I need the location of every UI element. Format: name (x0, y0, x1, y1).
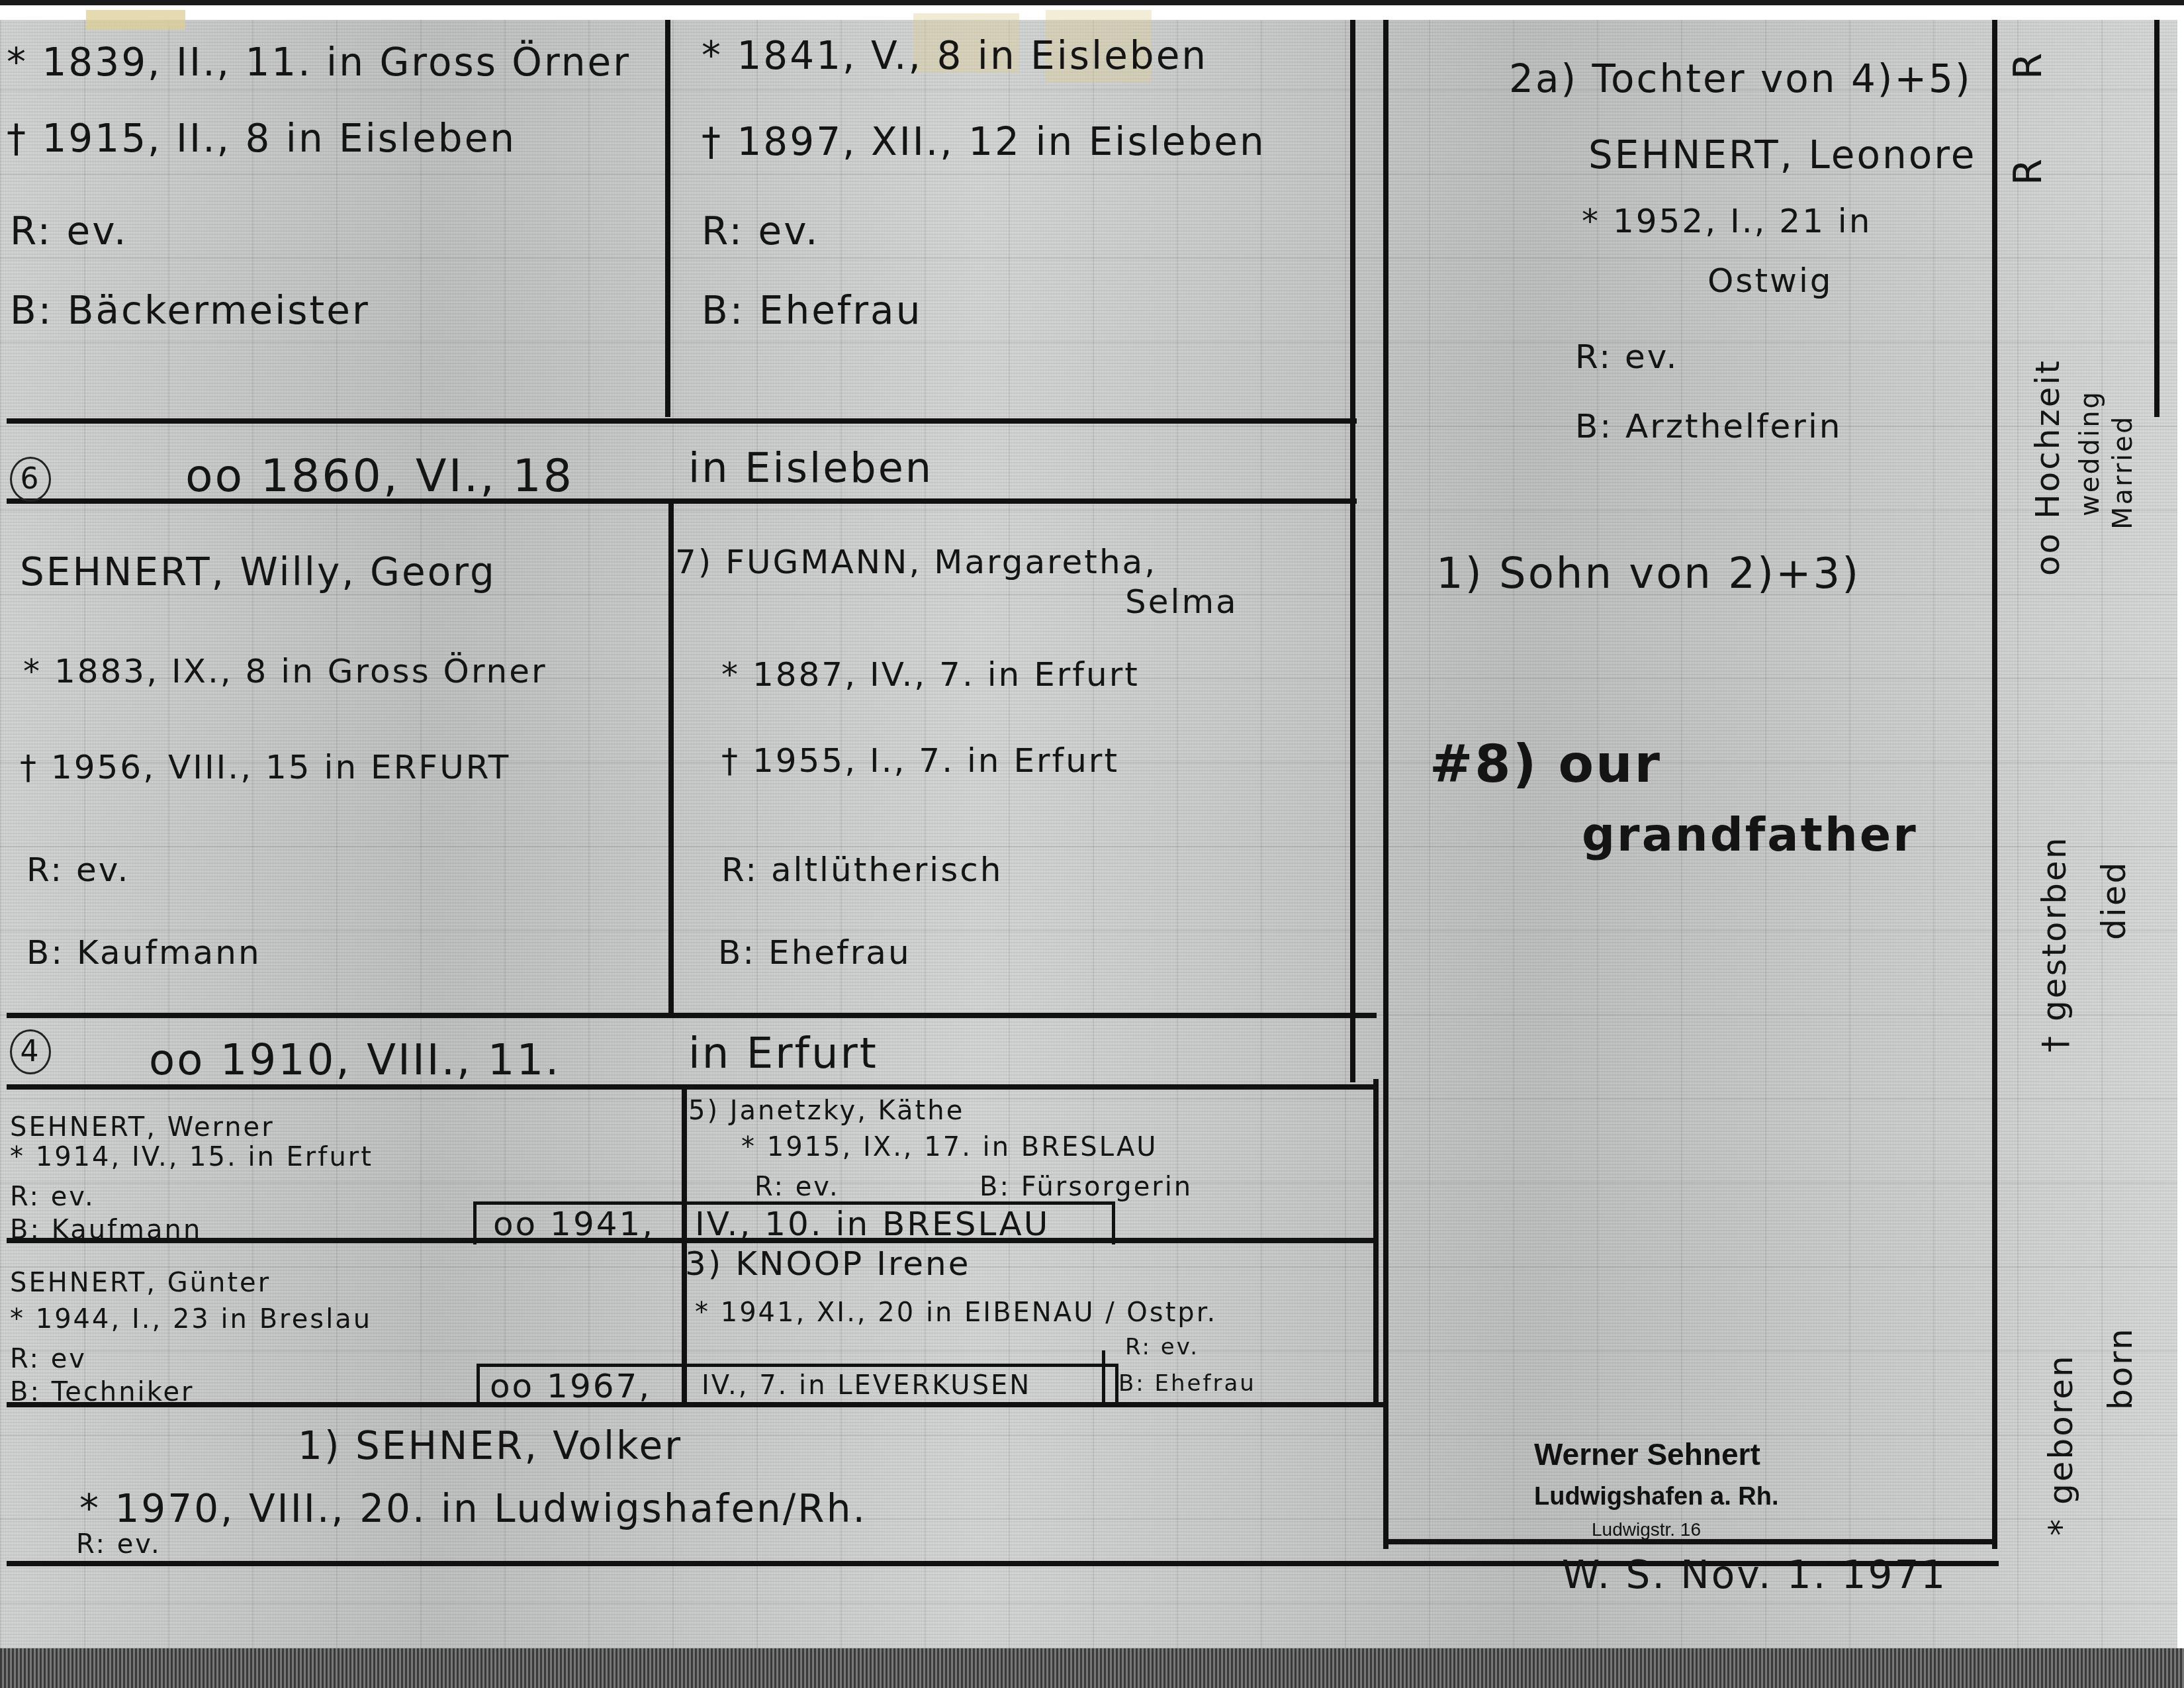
name-entry-cont: Selma (1125, 583, 1238, 621)
marriage-place: in Eisleben (688, 444, 933, 492)
occupation-entry: B: Arzthelferin (1575, 407, 1843, 445)
birth-entry: * 1944, I., 23 in Breslau (10, 1304, 372, 1335)
occupation-entry: B: Ehefrau (1118, 1370, 1256, 1397)
religion-entry: R: altlütherisch (721, 851, 1003, 889)
marriage-date: oo 1910, VIII., 11. (149, 1036, 561, 1085)
birth-entry: * 1941, XI., 20 in EIBENAU / Ostpr. (695, 1297, 1217, 1328)
marker-4: 4 (10, 1029, 51, 1074)
marriage-1967-date: oo 1967, (490, 1367, 651, 1405)
r-mark: R (2005, 51, 2050, 79)
row-divider (7, 1013, 1377, 1018)
legend-wedding-extra: Married (2108, 415, 2138, 530)
stamp-city: Ludwigshafen a. Rh. (1534, 1483, 1778, 1511)
occupation-entry: B: Bäckermeister (10, 288, 370, 333)
religion-entry: R: ev. (754, 1172, 840, 1202)
row-divider (7, 418, 1357, 424)
name-entry: 3) KNOOP Irene (685, 1244, 971, 1283)
legend-born-en: born (2101, 1327, 2140, 1410)
scan-bottom-edge (0, 1648, 2184, 1688)
legend-born: * geboren (2042, 1354, 2080, 1536)
note-son-of: 1) Sohn von 2)+3) (1436, 549, 1860, 598)
birth-entry: * 1841, V., 8 in Eisleben (702, 33, 1208, 78)
legend-divider (1992, 20, 1997, 1549)
birth-entry: * 1839, II., 11. in Gross Örner (7, 40, 631, 85)
stamp-name: Werner Sehnert (1534, 1436, 1760, 1472)
row-divider (7, 1084, 1377, 1090)
occupation-entry: B: Kaufmann (26, 933, 261, 972)
occupation-entry: B: Techniker (10, 1377, 194, 1407)
birth-entry: * 1883, IX., 8 in Gross Örner (23, 652, 547, 690)
name-entry: SEHNERT, Werner (10, 1112, 275, 1143)
scan-top-border (0, 0, 2184, 5)
legend-died-en: died (2095, 861, 2133, 940)
occupation-entry: B: Ehefrau (702, 288, 922, 333)
marriage-1941-date: oo 1941, (493, 1205, 655, 1243)
marriage-date: oo 1860, VI., 18 (185, 450, 574, 502)
birth-entry: * 1914, IV., 15. in Erfurt (10, 1142, 373, 1172)
legend-wedding: oo Hochzeit (2028, 359, 2067, 576)
r-mark: R (2005, 157, 2050, 185)
death-entry: † 1956, VIII., 15 in ERFURT (20, 748, 510, 786)
tape-strip (86, 10, 185, 30)
death-entry: † 1897, XII., 12 in Eisleben (702, 119, 1266, 164)
name-entry: SEHNERT, Willy, Georg (20, 549, 496, 594)
column-divider (1350, 20, 1355, 1082)
name-entry: 7) FUGMANN, Margaretha, (675, 543, 1157, 581)
birth-entry: * 1970, VIII., 20. in Ludwigshafen/Rh. (79, 1486, 867, 1531)
birth-entry: * 1915, IX., 17. in BRESLAU (741, 1132, 1158, 1162)
death-entry: † 1915, II., 8 in Eisleben (7, 116, 516, 161)
column-divider (668, 500, 674, 1016)
marker-6: 6 (10, 457, 51, 502)
death-entry: † 1955, I., 7. in Erfurt (721, 741, 1119, 780)
religion-entry: R: ev. (10, 209, 128, 254)
marriage-1941-place: IV., 10. in BRESLAU (695, 1205, 1050, 1243)
name-entry: SEHNERT, Leonore (1588, 132, 1976, 177)
divider (1102, 1350, 1105, 1403)
legend-died: † gestorben (2035, 836, 2073, 1053)
occupation-entry: B: Kaufmann (10, 1215, 202, 1245)
stamp-street: Ludwigstr. 16 (1592, 1519, 1701, 1540)
occupation-entry: B: Ehefrau (718, 933, 911, 972)
birth-place: Ostwig (1707, 261, 1833, 300)
legend-wedding-en: wedding (2075, 390, 2105, 516)
religion-entry: R: ev. (1575, 338, 1678, 376)
name-entry: 5) Janetzky, Käthe (688, 1096, 964, 1126)
religion-entry: R: ev. (702, 209, 819, 254)
birth-entry: * 1887, IV., 7. in Erfurt (721, 655, 1140, 694)
religion-entry: R: ev. (26, 851, 130, 889)
note-grandfather-cont: grandfather (1582, 808, 1918, 862)
marriage-1967-place: IV., 7. in LEVERKUSEN (702, 1370, 1031, 1401)
name-entry: 1) SEHNER, Volker (298, 1423, 682, 1468)
birth-entry: * 1952, I., 21 in (1582, 202, 1872, 240)
marriage-place: in Erfurt (688, 1029, 878, 1078)
occupation-entry: B: Fürsorgerin (979, 1172, 1193, 1202)
religion-entry: R: ev. (76, 1529, 161, 1560)
religion-entry: R: ev (10, 1344, 87, 1374)
heading-2a: 2a) Tochter von 4)+5) (1509, 56, 1972, 101)
sheet-right-edge (2154, 20, 2160, 417)
column-divider (665, 20, 670, 417)
religion-entry: R: ev. (1125, 1334, 1199, 1360)
religion-entry: R: ev. (10, 1182, 95, 1212)
name-entry: SEHNERT, Günter (10, 1268, 271, 1298)
signature-date: W. S. Nov. 1. 1971 (1562, 1552, 1947, 1597)
right-panel-divider (1383, 20, 1388, 1549)
note-grandfather: #8) our (1430, 735, 1662, 794)
